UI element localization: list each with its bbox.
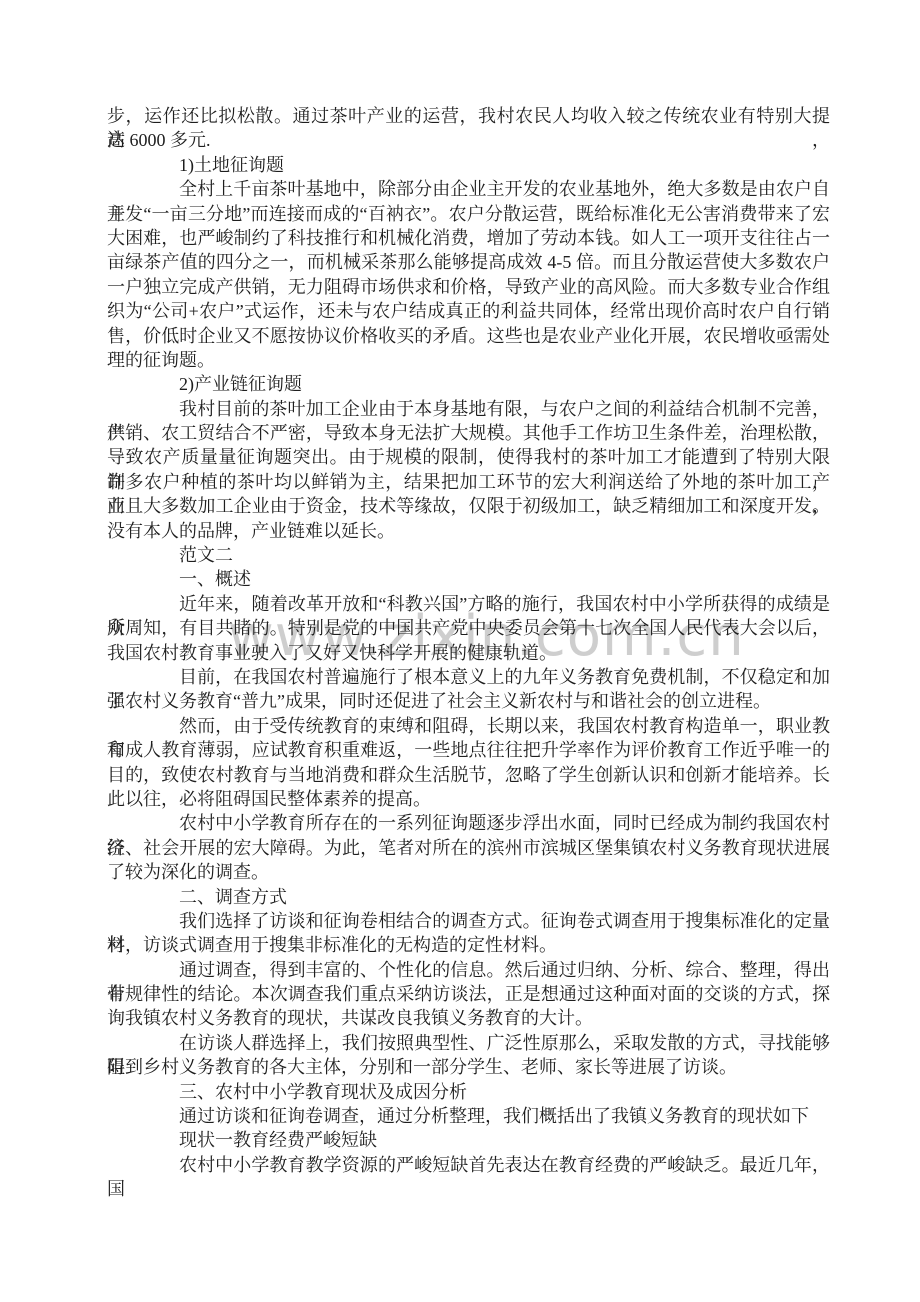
- text-line: 近年来，随着改革开放和“科教兴国”方略的施行，我国农村中小学所获得的成绩是众: [107, 592, 830, 616]
- text-line: 我村目前的茶叶加工企业由于本身基地有限，与农户之间的利益结合机制不完善，产: [107, 397, 830, 421]
- text-line: 通过调查，得到丰富的、个性化的信息。然后通过归纳、分析、综合、整理，得出带: [107, 958, 830, 982]
- text-line: 碍到乡村义务教育的各大主体，分别和一部分学生、老师、家长等进展了访谈。: [107, 1055, 830, 1079]
- text-line: 全村上千亩茶叶基地中，除部分由企业主开发的农业基地外，绝大多数是由农户自主: [107, 177, 830, 201]
- text-line: 有规律性的结论。本次调查我们重点采纳访谈法，正是想通过这种面对面的交谈的方式，探: [107, 982, 830, 1006]
- text-line: 一户独立完成产供销，无力阻碍市场供求和价格，导致产业的高风险。而大多数专业合作组: [107, 275, 830, 299]
- text-line: 济、社会开展的宏大障碍。为此，笔者对所在的滨州市滨城区堡集镇农村义务教育现状进展: [107, 836, 830, 860]
- text-line: 一、概述: [107, 567, 830, 591]
- text-line: 许多农户种植的茶叶均以鲜销为主，结果把加工环节的宏大利润送给了外地的茶叶加工产业…: [107, 470, 830, 494]
- text-line: 我国农村教育事业驶入了又好又快科学开展的健康轨道。: [107, 641, 830, 665]
- text-line: 步，运作还比拟松散。通过茶叶产业的运营，我村农民人均收入较之传统农业有特别大提高…: [107, 104, 830, 128]
- document-body: 步，运作还比拟松散。通过茶叶产业的运营，我村农民人均收入较之传统农业有特别大提高…: [107, 104, 830, 1177]
- text-line: 此以往，必将阻碍国民整体素养的提高。: [107, 787, 830, 811]
- text-line: 我们选择了访谈和征询卷相结合的调查方式。征询卷式调查用于搜集标准化的定量材: [107, 909, 830, 933]
- text-line: 农村中小学教育教学资源的严峻短缺首先表达在教育经费的严峻缺乏。最近几年，国: [107, 1153, 830, 1177]
- text-line: 没有本人的品牌，产业链难以延长。: [107, 519, 830, 543]
- text-line: 然而，由于受传统教育的束缚和阻碍，长期以来，我国农村教育构造单一，职业教育: [107, 714, 830, 738]
- text-line: 了农村义务教育“普九”成果，同时还促进了社会主义新农村与和谐社会的创立进程。: [107, 689, 830, 713]
- text-line: 目前，在我国农村普遍施行了根本意义上的九年义务教育免费机制，不仅稳定和加强: [107, 665, 830, 689]
- text-line: 三、农村中小学教育现状及成因分析: [107, 1080, 830, 1104]
- text-line: 和成人教育薄弱，应试教育积重难返，一些地点往往把升学率作为评价教育工作近乎唯一的: [107, 738, 830, 762]
- text-line: 目的，致使农村教育与当地消费和群众生活脱节，忽略了学生创新认识和创新才能培养。长: [107, 763, 830, 787]
- text-line: 开发“一亩三分地”而连接而成的“百衲衣”。农户分散运营，既给标准化无公害消费带来…: [107, 202, 830, 226]
- text-line: 范文二: [107, 543, 830, 567]
- text-line: 售，价低时企业又不愿按协议价格收买的矛盾。这些也是农业产业化开展，农民增收亟需处: [107, 324, 830, 348]
- text-line: 导致农产质量量征询题突出。由于规模的限制，使得我村的茶叶加工才能遭到了特别大限制…: [107, 445, 830, 469]
- text-line: 所周知，有目共睹的。特别是党的中国共产党中央委员会第十七次全国人民代表大会以后，: [107, 616, 830, 640]
- text-line: 而且大多数加工企业由于资金，技术等缘故，仅限于初级加工，缺乏精细加工和深度开发，: [107, 494, 830, 518]
- text-line: 农村中小学教育所存在的一系列征询题逐步浮出水面，同时已经成为制约我国农村经: [107, 811, 830, 835]
- text-line: 现状一教育经费严峻短缺: [107, 1128, 830, 1152]
- text-line: 通过访谈和征询卷调查，通过分析整理，我们概括出了我镇义务教育的现状如下: [107, 1104, 830, 1128]
- text-line: 织为“公司+农户”式运作，还未与农户结成真正的利益共同体，经常出现价高时农户自行…: [107, 299, 830, 323]
- text-line: 理的征询题。: [107, 348, 830, 372]
- document-page: www.zixin.com.cn 步，运作还比拟松散。通过茶叶产业的运营，我村农…: [0, 0, 920, 1302]
- text-line: 大困难，也严峻制约了科技推行和机械化消费，增加了劳动本钱。如人工一项开支往往占一: [107, 226, 830, 250]
- text-line: 供销、农工贸结合不严密，导致本身无法扩大规模。其他手工作坊卫生条件差，治理松散，: [107, 421, 830, 445]
- text-line: 料，访谈式调查用于搜集非标准化的无构造的定性材料。: [107, 933, 830, 957]
- text-line: 1)土地征询题: [107, 153, 830, 177]
- text-line: 询我镇农村义务教育的现状，共谋改良我镇义务教育的大计。: [107, 1006, 830, 1030]
- text-line: 二、调查方式: [107, 885, 830, 909]
- text-line: 2)产业链征询题: [107, 372, 830, 396]
- text-line: 在访谈人群选择上，我们按照典型性、广泛性原那么，采取发散的方式，寻找能够阻: [107, 1031, 830, 1055]
- text-line: 了较为深化的调查。: [107, 860, 830, 884]
- text-line: 亩绿茶产值的四分之一，而机械采茶那么能够提高成效 4-5 倍。而且分散运营使大多…: [107, 250, 830, 274]
